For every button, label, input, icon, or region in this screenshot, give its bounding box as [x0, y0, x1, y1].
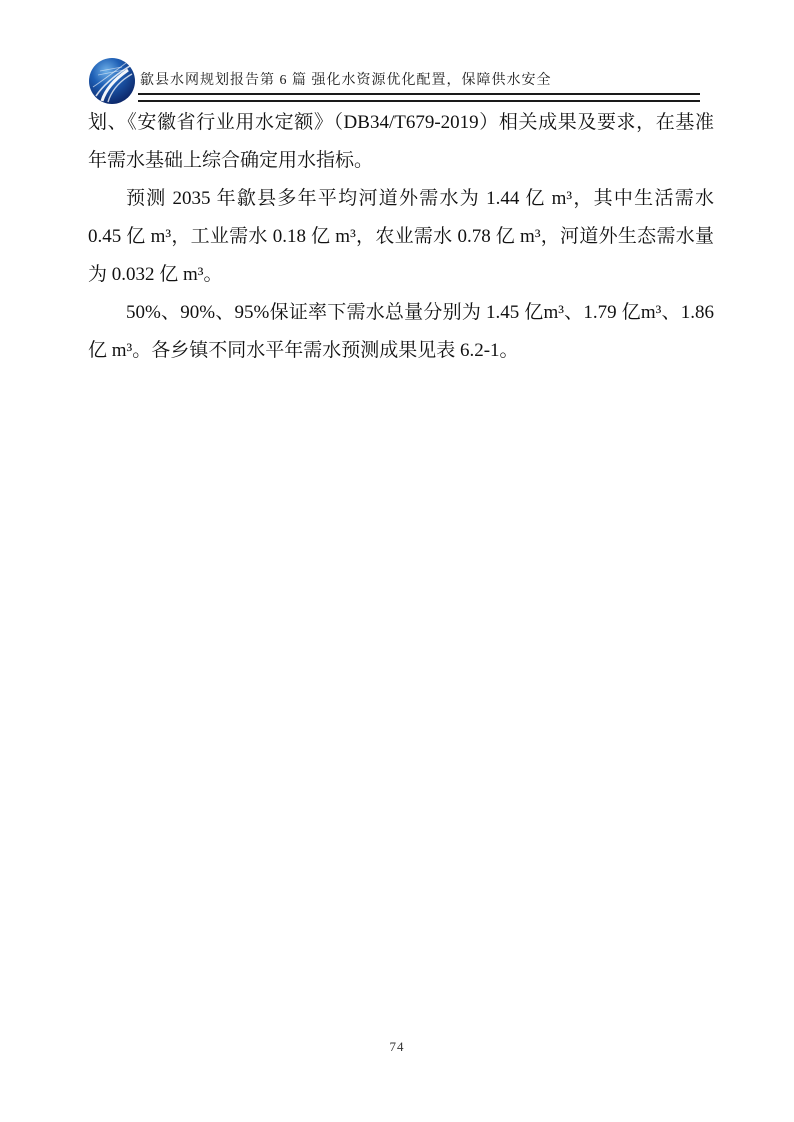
page-header: 歙县水网规划报告第 6 篇 强化水资源优化配置，保障供水安全	[88, 55, 700, 105]
page-footer: 74	[0, 1038, 794, 1056]
header-title-block: 歙县水网规划报告第 6 篇 强化水资源优化配置，保障供水安全	[138, 55, 700, 102]
paragraph-guarantee-rates: 50%、90%、95%保证率下需水总量分别为 1.45 亿m³、1.79 亿m³…	[88, 294, 714, 370]
paragraph-intro-continuation: 划、《安徽省行业用水定额》（DB34/T679-2019）相关成果及要求，在基准…	[88, 104, 714, 180]
document-body: 划、《安徽省行业用水定额》（DB34/T679-2019）相关成果及要求，在基准…	[88, 104, 714, 370]
company-logo-icon	[88, 57, 136, 105]
page-number: 74	[390, 1039, 405, 1054]
header-divider	[138, 93, 700, 102]
document-page: 歙县水网规划报告第 6 篇 强化水资源优化配置，保障供水安全 划、《安徽省行业用…	[0, 0, 794, 1122]
paragraph-demand-forecast: 预测 2035 年歙县多年平均河道外需水为 1.44 亿 m³，其中生活需水 0…	[88, 180, 714, 294]
header-title: 歙县水网规划报告第 6 篇 强化水资源优化配置，保障供水安全	[138, 69, 700, 89]
